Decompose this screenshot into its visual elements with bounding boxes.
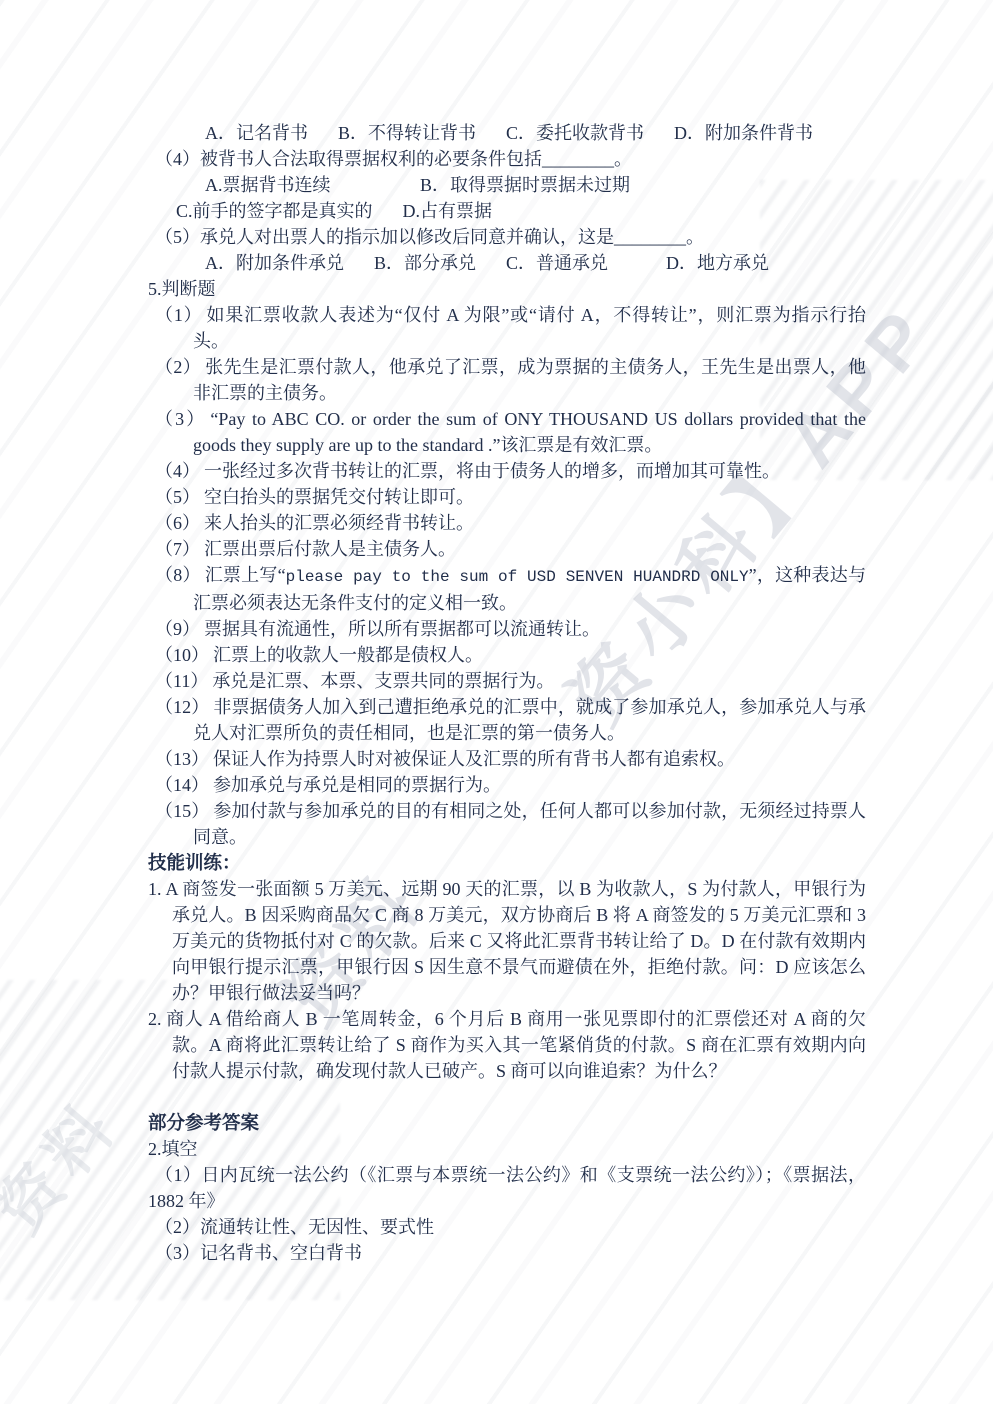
tf-item-12: （12）非票据债务人加入到己遭拒绝承兑的汇票中，就成了参加承兑人，参加承兑人与承… xyxy=(148,694,866,746)
item-text: 汇票上的收款人一般都是债权人。 xyxy=(213,645,483,665)
mcq-prev-options-row: A．记名背书B．不得转让背书C．委托收款背书D．附加条件背书 xyxy=(148,120,866,146)
option-b: B．不得转让背书 xyxy=(338,123,476,143)
mcq-q5-stem: （5）承兑人对出票人的指示加以修改后同意并确认，这是________。 xyxy=(148,224,866,250)
item-text: A 商签发一张面额 5 万美元、远期 90 天的汇票，以 B 为收款人，S 为付… xyxy=(166,879,867,1003)
item-english-text: please pay to the sum of USD SENVEN HUAN… xyxy=(286,568,749,586)
item-number: （10） xyxy=(155,645,209,665)
skills-item-1: 1.A 商签发一张面额 5 万美元、远期 90 天的汇票，以 B 为收款人，S … xyxy=(148,876,866,1006)
item-text: 参加付款与参加承兑的目的有相同之处，任何人都可以参加付款，无须经过持票人同意。 xyxy=(193,801,866,847)
item-text: 票据具有流通性，所以所有票据都可以流通转让。 xyxy=(204,619,600,639)
item-number: （9） xyxy=(155,619,200,639)
page-content: A．记名背书B．不得转让背书C．委托收款背书D．附加条件背书 （4）被背书人合法… xyxy=(148,120,866,1266)
item-text: 汇票出票后付款人是主债务人。 xyxy=(204,539,456,559)
tf-item-4: （4）一张经过多次背书转让的汇票，将由于债务人的增多，而增加其可靠性。 xyxy=(148,458,866,484)
option-b: B．取得票据时票据未过期 xyxy=(420,175,630,195)
mcq-q4-options-row1: A.票据背书连续B．取得票据时票据未过期 xyxy=(148,172,866,198)
tf-item-2: （2）张先生是汇票付款人，他承兑了汇票，成为票据的主债务人，王先生是出票人，他非… xyxy=(148,354,866,406)
tf-item-3: （3）“Pay to ABC CO. or order the sum of O… xyxy=(148,406,866,458)
item-text: 来人抬头的汇票必须经背书转让。 xyxy=(204,513,474,533)
tf-item-5: （5）空白抬头的票据凭交付转让即可。 xyxy=(148,484,866,510)
skills-heading: 技能训练： xyxy=(148,850,866,876)
answer-item-2: （2）流通转让性、无因性、要式性 xyxy=(148,1214,866,1240)
option-a: A．记名背书 xyxy=(205,123,308,143)
option-c: C．委托收款背书 xyxy=(506,123,644,143)
item-number: （7） xyxy=(155,539,200,559)
tf-item-10: （10）汇票上的收款人一般都是债权人。 xyxy=(148,642,866,668)
tf-item-7: （7）汇票出票后付款人是主债务人。 xyxy=(148,536,866,562)
tf-item-11: （11）承兑是汇票、本票、支票共同的票据行为。 xyxy=(148,668,866,694)
item-text: 该汇票是有效汇票。 xyxy=(500,435,662,455)
item-number: （1） xyxy=(155,305,202,325)
answers-heading: 部分参考答案 xyxy=(148,1110,866,1136)
item-number: （4） xyxy=(155,461,200,481)
item-number: （5） xyxy=(155,487,200,507)
item-number: （15） xyxy=(155,801,209,821)
option-b: B．部分承兑 xyxy=(374,253,476,273)
tf-item-15: （15）参加付款与参加承兑的目的有相同之处，任何人都可以参加付款，无须经过持票人… xyxy=(148,798,866,850)
item-text: 空白抬头的票据凭交付转让即可。 xyxy=(204,487,474,507)
item-text: 保证人作为持票人时对被保证人及汇票的所有背书人都有追索权。 xyxy=(213,749,735,769)
tf-item-14: （14）参加承兑与承兑是相同的票据行为。 xyxy=(148,772,866,798)
answer-item-1: （1）日内瓦统一法公约（《汇票与本票统一法公约》和《支票统一法公约》）；《票据法… xyxy=(148,1162,866,1214)
item-number: （12） xyxy=(155,697,209,717)
item-number: （8） xyxy=(155,565,201,585)
tf-item-1: （1）如果汇票收款人表述为“仅付 A 为限”或“请付 A，不得转让”，则汇票为指… xyxy=(148,302,866,354)
tf-item-13: （13）保证人作为持票人时对被保证人及汇票的所有背书人都有追索权。 xyxy=(148,746,866,772)
item-number: （6） xyxy=(155,513,200,533)
item-number: （11） xyxy=(155,671,208,691)
option-a: A．附加条件承兑 xyxy=(205,253,344,273)
option-a: A.票据背书连续 xyxy=(205,172,420,198)
item-text: 参加承兑与承兑是相同的票据行为。 xyxy=(213,775,501,795)
tf-item-6: （6）来人抬头的汇票必须经背书转让。 xyxy=(148,510,866,536)
mcq-q4-stem: （4）被背书人合法取得票据权利的必要条件包括________。 xyxy=(148,146,866,172)
option-d: D．附加条件背书 xyxy=(674,123,813,143)
tf-item-8: （8）汇票上写“please pay to the sum of USD SEN… xyxy=(148,562,866,616)
item-text: 汇票上写“ xyxy=(205,565,286,585)
true-false-heading: 5.判断题 xyxy=(148,276,866,302)
item-number: （3） xyxy=(155,409,206,429)
skills-item-2: 2.商人 A 借给商人 B 一笔周转金，6 个月后 B 商用一张见票即付的汇票偿… xyxy=(148,1006,866,1084)
item-text: 非票据债务人加入到己遭拒绝承兑的汇票中，就成了参加承兑人，参加承兑人与承兑人对汇… xyxy=(193,697,866,743)
mcq-q5-options-row: A．附加条件承兑B．部分承兑C．普通承兑D．地方承兑 xyxy=(148,250,866,276)
option-d: D．地方承兑 xyxy=(666,253,769,273)
item-number: （14） xyxy=(155,775,209,795)
item-text: 如果汇票收款人表述为“仅付 A 为限”或“请付 A，不得转让”，则汇票为指示行抬… xyxy=(193,305,866,351)
document-page: { "colors": { "text": "#212e4a", "backgr… xyxy=(0,0,993,1404)
item-number: 1. xyxy=(148,879,162,899)
mcq-q4-options-row2: C.前手的签字都是真实的D.占有票据 xyxy=(148,198,866,224)
answers-subheading: 2.填空 xyxy=(148,1136,866,1162)
item-text: 商人 A 借给商人 B 一笔周转金，6 个月后 B 商用一张见票即付的汇票偿还对… xyxy=(166,1009,867,1081)
item-number: （13） xyxy=(155,749,209,769)
item-number: （2） xyxy=(155,357,201,377)
item-number: 2. xyxy=(148,1009,162,1029)
item-text: 张先生是汇票付款人，他承兑了汇票，成为票据的主债务人，王先生是出票人，他非汇票的… xyxy=(193,357,866,403)
tf-item-9: （9）票据具有流通性，所以所有票据都可以流通转让。 xyxy=(148,616,866,642)
option-c: C.前手的签字都是真实的 xyxy=(176,201,373,221)
answer-item-3: （3）记名背书、空白背书 xyxy=(148,1240,866,1266)
item-text: 承兑是汇票、本票、支票共同的票据行为。 xyxy=(212,671,554,691)
option-c: C．普通承兑 xyxy=(506,253,608,273)
item-text: 一张经过多次背书转让的汇票，将由于债务人的增多，而增加其可靠性。 xyxy=(204,461,780,481)
option-d: D.占有票据 xyxy=(403,201,493,221)
